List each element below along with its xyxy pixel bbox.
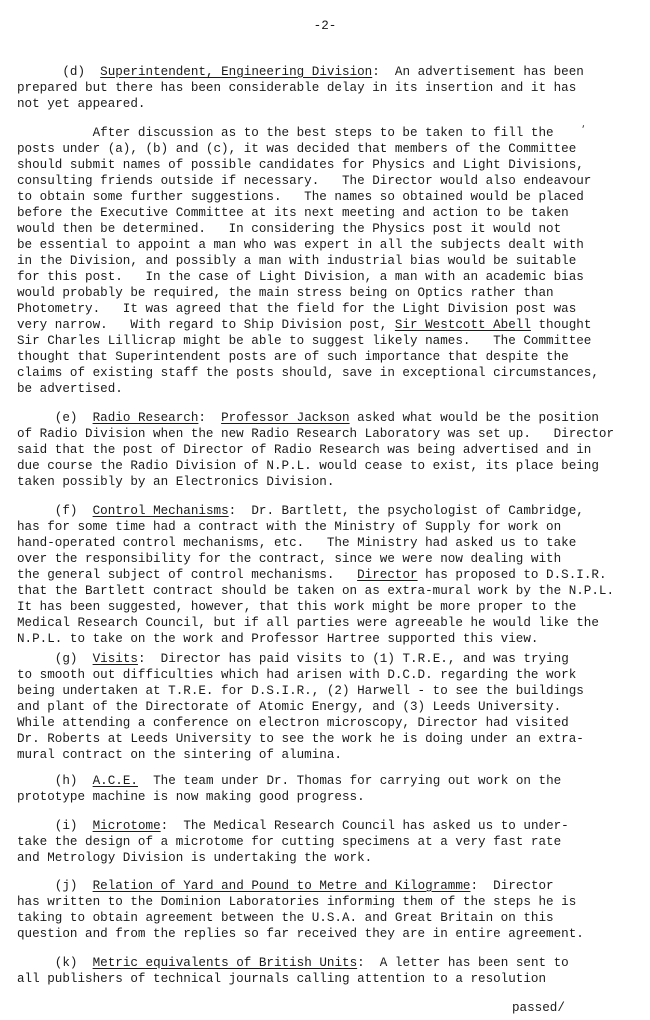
section-heading: Superintendent, Engineering Division	[100, 65, 372, 79]
section-label: (k)	[55, 956, 78, 970]
section-d-line: prepared but there has been considerable…	[17, 80, 617, 96]
text: : Director has paid visits to (1) T.R.E.…	[138, 652, 569, 666]
section-d: (d) Superintendent, Engineering Division…	[17, 64, 617, 80]
section-k-line: all publishers of technical journals cal…	[17, 971, 617, 987]
section-label: (f)	[55, 504, 78, 518]
section-f-line: over the responsibility for the contract…	[17, 551, 617, 567]
discussion-line: claims of existing staff the posts shoul…	[17, 365, 617, 381]
section-f-line: that the Bartlett contract should be tak…	[17, 583, 617, 599]
section-f-line: the general subject of control mechanism…	[17, 567, 617, 583]
discussion-line: consulting friends outside if necessary.…	[17, 173, 617, 189]
section-label: (j)	[55, 879, 78, 893]
discussion-line: be essential to appoint a man who was ex…	[17, 237, 617, 253]
section-e-line: taken possibly by an Electronics Divisio…	[17, 474, 617, 490]
discussion-line: would then be determined. In considering…	[17, 221, 617, 237]
section-i-line: and Metrology Division is undertaking th…	[17, 850, 617, 866]
person-name: Professor Jackson	[221, 411, 349, 425]
section-e-line: said that the post of Director of Radio …	[17, 442, 617, 458]
discussion-line: After discussion as to the best steps to…	[17, 125, 617, 141]
section-g-line: mural contract on the sintering of alumi…	[17, 747, 617, 763]
section-label: (e)	[55, 411, 78, 425]
person-name: Sir Westcott Abell	[395, 318, 531, 332]
discussion-line: be advertised.	[17, 381, 617, 397]
section-heading: Metric equivalents of British Units	[93, 956, 358, 970]
page-number: -2-	[0, 18, 650, 34]
section-h: (h) A.C.E. The team under Dr. Thomas for…	[17, 773, 617, 789]
text: asked what would be the position	[350, 411, 599, 425]
discussion-line: Sir Charles Lillicrap might be able to s…	[17, 333, 617, 349]
section-j-line: has written to the Dominion Laboratories…	[17, 894, 617, 910]
section-e-line: of Radio Division when the new Radio Res…	[17, 426, 617, 442]
discussion-line: should submit names of possible candidat…	[17, 157, 617, 173]
person-name: Director	[357, 568, 417, 582]
text: : Dr. Bartlett, the psychologist of Camb…	[229, 504, 584, 518]
section-j-line: taking to obtain agreement between the U…	[17, 910, 617, 926]
section-g-line: While attending a conference on electron…	[17, 715, 617, 731]
text: :	[198, 411, 221, 425]
section-heading: Radio Research	[93, 411, 199, 425]
section-g-line: to smooth out difficulties which had ari…	[17, 667, 617, 683]
discussion-line: would probably be required, the main str…	[17, 285, 617, 301]
text: : A letter has been sent to	[357, 956, 569, 970]
discussion-line: Photometry. It was agreed that the field…	[17, 301, 617, 317]
text: : Director	[470, 879, 553, 893]
discussion-line: posts under (a), (b) and (c), it was dec…	[17, 141, 617, 157]
discussion-line: to obtain some further suggestions. The …	[17, 189, 617, 205]
section-label: (d)	[62, 65, 85, 79]
section-heading: Control Mechanisms	[93, 504, 229, 518]
section-text: : An advertisement has been	[372, 65, 584, 79]
discussion-line: before the Executive Committee at its ne…	[17, 205, 617, 221]
section-g-line: being undertaken at T.R.E. for D.S.I.R.,…	[17, 683, 617, 699]
section-e: (e) Radio Research: Professor Jackson as…	[17, 410, 617, 426]
section-g: (g) Visits: Director has paid visits to …	[17, 651, 617, 667]
section-g-line: Dr. Roberts at Leeds University to see t…	[17, 731, 617, 747]
text: thought	[531, 318, 591, 332]
section-label: (i)	[55, 819, 78, 833]
section-f-line: hand-operated control mechanisms, etc. T…	[17, 535, 617, 551]
section-heading: Visits	[93, 652, 138, 666]
section-heading: Relation of Yard and Pound to Metre and …	[93, 879, 471, 893]
continuation-word: passed/	[512, 1000, 565, 1016]
text: very narrow. With regard to Ship Divisio…	[17, 318, 395, 332]
section-j: (j) Relation of Yard and Pound to Metre …	[17, 878, 617, 894]
section-j-line: question and from the replies so far rec…	[17, 926, 617, 942]
section-i-line: take the design of a microtome for cutti…	[17, 834, 617, 850]
text: the general subject of control mechanism…	[17, 568, 357, 582]
section-label: (h)	[55, 774, 78, 788]
section-f-line: N.P.L. to take on the work and Professor…	[17, 631, 617, 647]
section-g-line: and plant of the Directorate of Atomic E…	[17, 699, 617, 715]
text: : The Medical Research Council has asked…	[161, 819, 569, 833]
section-k: (k) Metric equivalents of British Units:…	[17, 955, 617, 971]
section-f: (f) Control Mechanisms: Dr. Bartlett, th…	[17, 503, 617, 519]
section-h-line: prototype machine is now making good pro…	[17, 789, 617, 805]
discussion-line: for this post. In the case of Light Divi…	[17, 269, 617, 285]
discussion-line: very narrow. With regard to Ship Divisio…	[17, 317, 617, 333]
section-e-line: due course the Radio Division of N.P.L. …	[17, 458, 617, 474]
text: The team under Dr. Thomas for carrying o…	[138, 774, 561, 788]
section-f-line: has for some time had a contract with th…	[17, 519, 617, 535]
section-d-line: not yet appeared.	[17, 96, 617, 112]
document-page: -2- (d) Superintendent, Engineering Divi…	[0, 0, 650, 1020]
section-label: (g)	[55, 652, 78, 666]
discussion-line: in the Division, and possibly a man with…	[17, 253, 617, 269]
section-i: (i) Microtome: The Medical Research Coun…	[17, 818, 617, 834]
section-heading: Microtome	[93, 819, 161, 833]
section-f-line: It has been suggested, however, that thi…	[17, 599, 617, 615]
section-f-line: Medical Research Council, but if all par…	[17, 615, 617, 631]
section-heading: A.C.E.	[93, 774, 138, 788]
text: has proposed to D.S.I.R.	[418, 568, 607, 582]
discussion-line: thought that Superintendent posts are of…	[17, 349, 617, 365]
